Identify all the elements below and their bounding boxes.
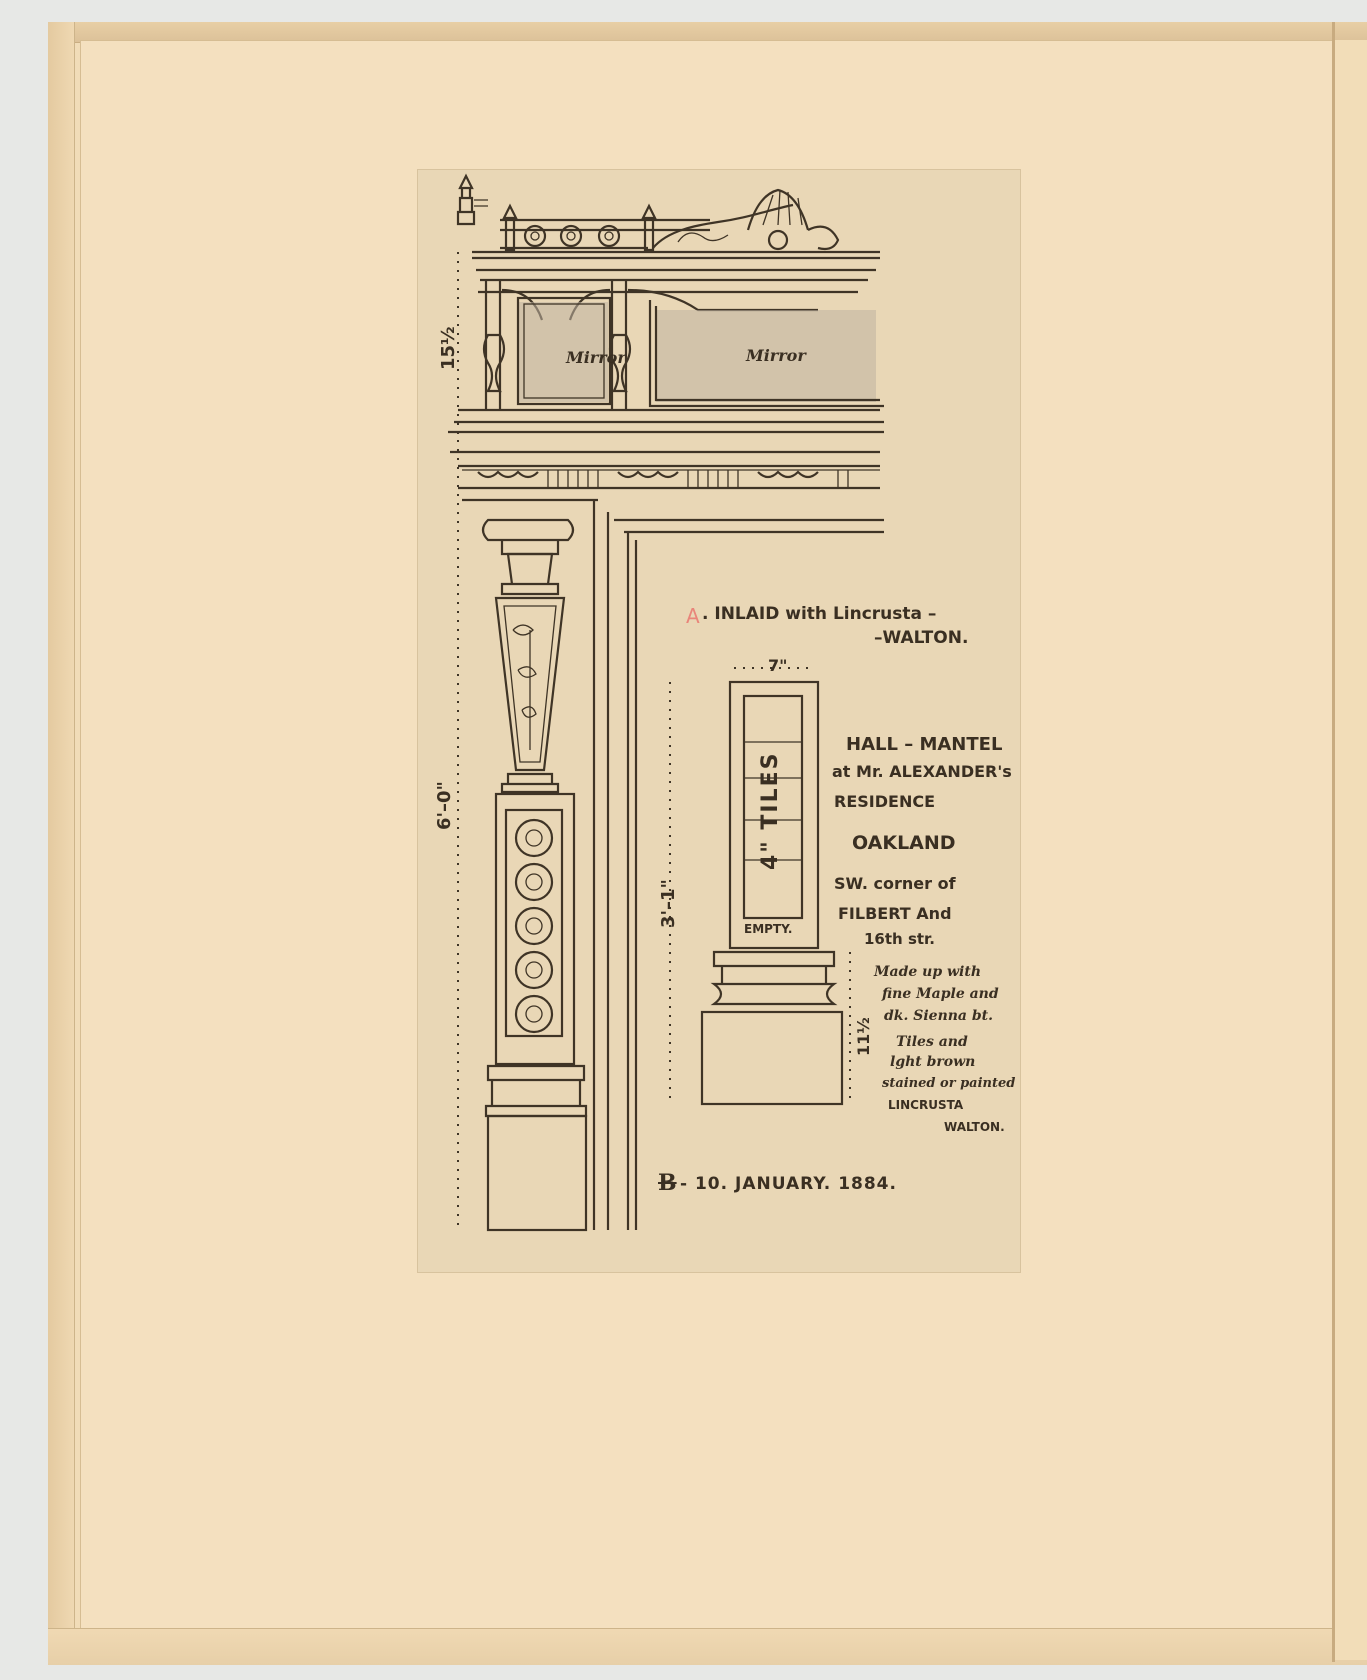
date-label: - 10. JANUARY. 1884. <box>680 1174 897 1194</box>
note-marker: A <box>686 604 700 628</box>
title-line: OAKLAND <box>852 832 956 854</box>
title-line: at Mr. ALEXANDER's <box>832 762 1012 781</box>
dimension-label-side-height: 3'–1" <box>658 879 679 928</box>
tiles-label: 4" TILES <box>758 751 783 870</box>
page-edge-left <box>48 22 75 1665</box>
title-line: SW. corner of <box>834 874 956 893</box>
materials-line: Tiles and <box>896 1034 968 1050</box>
note-line: –WALTON. <box>874 628 968 648</box>
materials-line: LINCRUSTA <box>888 1098 963 1112</box>
materials-line: fine Maple and <box>882 986 999 1002</box>
title-line: 16th str. <box>864 930 935 948</box>
page-edge-bottom <box>48 1628 1367 1665</box>
dimension-label-width: 7" <box>768 656 787 675</box>
dimension-label-total-height: 6'–0" <box>434 781 455 830</box>
materials-line: lght brown <box>890 1054 975 1070</box>
materials-line: dk. Sienna bt. <box>884 1008 993 1024</box>
facing-page-edge <box>1335 40 1367 1660</box>
mirror-label: Mirror <box>566 348 626 367</box>
monogram-icon: B <box>658 1170 677 1196</box>
title-line: FILBERT And <box>838 904 952 923</box>
materials-line: WALTON. <box>944 1120 1005 1134</box>
title-line: RESIDENCE <box>834 792 935 811</box>
dimension-label-base: 11½ <box>854 1017 873 1056</box>
mirror-label: Mirror <box>746 346 806 365</box>
materials-line: Made up with <box>874 964 981 980</box>
dimension-label-overmantel: 15½ <box>438 326 459 370</box>
title-line: HALL – MANTEL <box>846 734 1002 755</box>
materials-line: stained or painted <box>882 1076 1015 1091</box>
empty-label: EMPTY. <box>744 922 792 936</box>
note-line: . INLAID with Lincrusta – <box>702 604 936 624</box>
finial-icon <box>458 176 488 224</box>
drawing-sheet: Mirror Mirror 15½ 6'–0" 3'–1" 7" 11½ 4" … <box>418 170 1020 1272</box>
